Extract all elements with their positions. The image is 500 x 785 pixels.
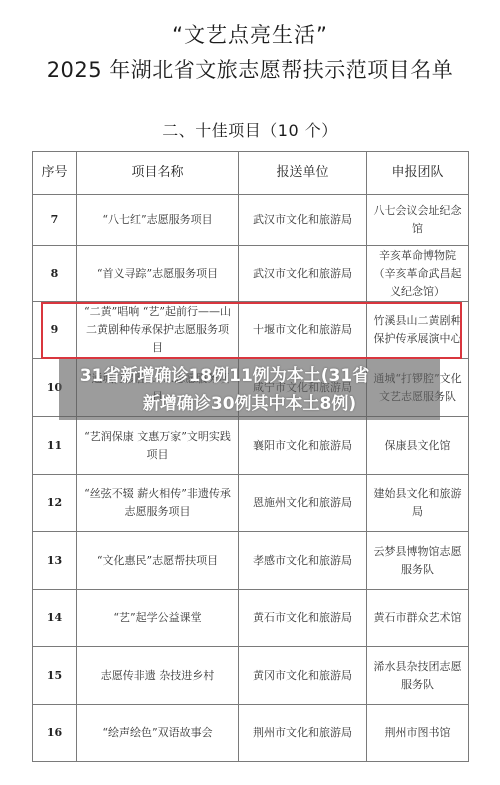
cell-number: 11	[33, 417, 77, 475]
cell-submitting-unit: 十堰市文化和旅游局	[239, 302, 367, 359]
cell-project-name: “八七红”志愿服务项目	[77, 195, 239, 246]
section-heading: 二、十佳项目（10 个）	[0, 120, 500, 142]
cell-applicant-team: 黄石市群众艺术馆	[367, 590, 469, 647]
table-header-row: 序号 项目名称 报送单位 申报团队	[33, 152, 469, 195]
cell-submitting-unit: 武汉市文化和旅游局	[239, 195, 367, 246]
headline-line2: 新增确诊30例其中本土8例)	[59, 390, 440, 418]
cell-number: 9	[33, 302, 77, 359]
table-row: 9“二黄”唱响 “艺”起前行——山二黄剧种传承保护志愿服务项目十堰市文化和旅游局…	[33, 302, 469, 359]
cell-project-name: “首义寻踪”志愿服务项目	[77, 246, 239, 302]
header-project-name: 项目名称	[77, 152, 239, 195]
cell-applicant-team: 浠水县杂技团志愿服务队	[367, 647, 469, 705]
cell-number: 7	[33, 195, 77, 246]
header-number: 序号	[33, 152, 77, 195]
table-row: 16“绘声绘色”双语故事会荆州市文化和旅游局荆州市图书馆	[33, 705, 469, 762]
cell-project-name: “文化惠民”志愿帮扶项目	[77, 532, 239, 590]
cell-submitting-unit: 黄冈市文化和旅游局	[239, 647, 367, 705]
header-applicant-team: 申报团队	[367, 152, 469, 195]
cell-project-name: “艺”起学公益课堂	[77, 590, 239, 647]
headline-line1: 31省新增确诊18例11例为本土(31省	[9, 362, 440, 390]
document-title-line1: “文艺点亮生活”	[0, 20, 500, 50]
cell-number: 16	[33, 705, 77, 762]
cell-number: 14	[33, 590, 77, 647]
cell-project-name: “绘声绘色”双语故事会	[77, 705, 239, 762]
cell-project-name: “二黄”唱响 “艺”起前行——山二黄剧种传承保护志愿服务项目	[77, 302, 239, 359]
cell-project-name: 志愿传非遗 杂技进乡村	[77, 647, 239, 705]
table-row: 13“文化惠民”志愿帮扶项目孝感市文化和旅游局云梦县博物馆志愿服务队	[33, 532, 469, 590]
cell-number: 12	[33, 475, 77, 532]
cell-applicant-team: 云梦县博物馆志愿服务队	[367, 532, 469, 590]
table-row: 8“首义寻踪”志愿服务项目武汉市文化和旅游局辛亥革命博物院（辛亥革命武昌起义纪念…	[33, 246, 469, 302]
table-row: 12“丝弦不辍 薪火相传”非遗传承志愿服务项目恩施州文化和旅游局建始县文化和旅游…	[33, 475, 469, 532]
cell-submitting-unit: 恩施州文化和旅游局	[239, 475, 367, 532]
table-row: 14“艺”起学公益课堂黄石市文化和旅游局黄石市群众艺术馆	[33, 590, 469, 647]
cell-applicant-team: 建始县文化和旅游局	[367, 475, 469, 532]
news-headline-text: 31省新增确诊18例11例为本土(31省 新增确诊30例其中本土8例)	[59, 362, 440, 418]
project-list-table: 序号 项目名称 报送单位 申报团队 7“八七红”志愿服务项目武汉市文化和旅游局八…	[32, 151, 469, 762]
cell-submitting-unit: 荆州市文化和旅游局	[239, 705, 367, 762]
cell-project-name: “丝弦不辍 薪火相传”非遗传承志愿服务项目	[77, 475, 239, 532]
table-row: 7“八七红”志愿服务项目武汉市文化和旅游局八七会议会址纪念馆	[33, 195, 469, 246]
cell-applicant-team: 辛亥革命博物院（辛亥革命武昌起义纪念馆）	[367, 246, 469, 302]
cell-number: 13	[33, 532, 77, 590]
cell-number: 8	[33, 246, 77, 302]
cell-project-name: “艺润保康 文惠万家”文明实践项目	[77, 417, 239, 475]
header-submitting-unit: 报送单位	[239, 152, 367, 195]
cell-submitting-unit: 孝感市文化和旅游局	[239, 532, 367, 590]
document-title-line2: 2025 年湖北省文旅志愿帮扶示范项目名单	[0, 55, 500, 85]
cell-applicant-team: 八七会议会址纪念馆	[367, 195, 469, 246]
cell-number: 15	[33, 647, 77, 705]
table-row: 15志愿传非遗 杂技进乡村黄冈市文化和旅游局浠水县杂技团志愿服务队	[33, 647, 469, 705]
cell-applicant-team: 保康县文化馆	[367, 417, 469, 475]
cell-submitting-unit: 武汉市文化和旅游局	[239, 246, 367, 302]
cell-applicant-team: 荆州市图书馆	[367, 705, 469, 762]
cell-submitting-unit: 襄阳市文化和旅游局	[239, 417, 367, 475]
table-row: 11“艺润保康 文惠万家”文明实践项目襄阳市文化和旅游局保康县文化馆	[33, 417, 469, 475]
cell-applicant-team: 竹溪县山二黄剧种保护传承展演中心	[367, 302, 469, 359]
cell-submitting-unit: 黄石市文化和旅游局	[239, 590, 367, 647]
